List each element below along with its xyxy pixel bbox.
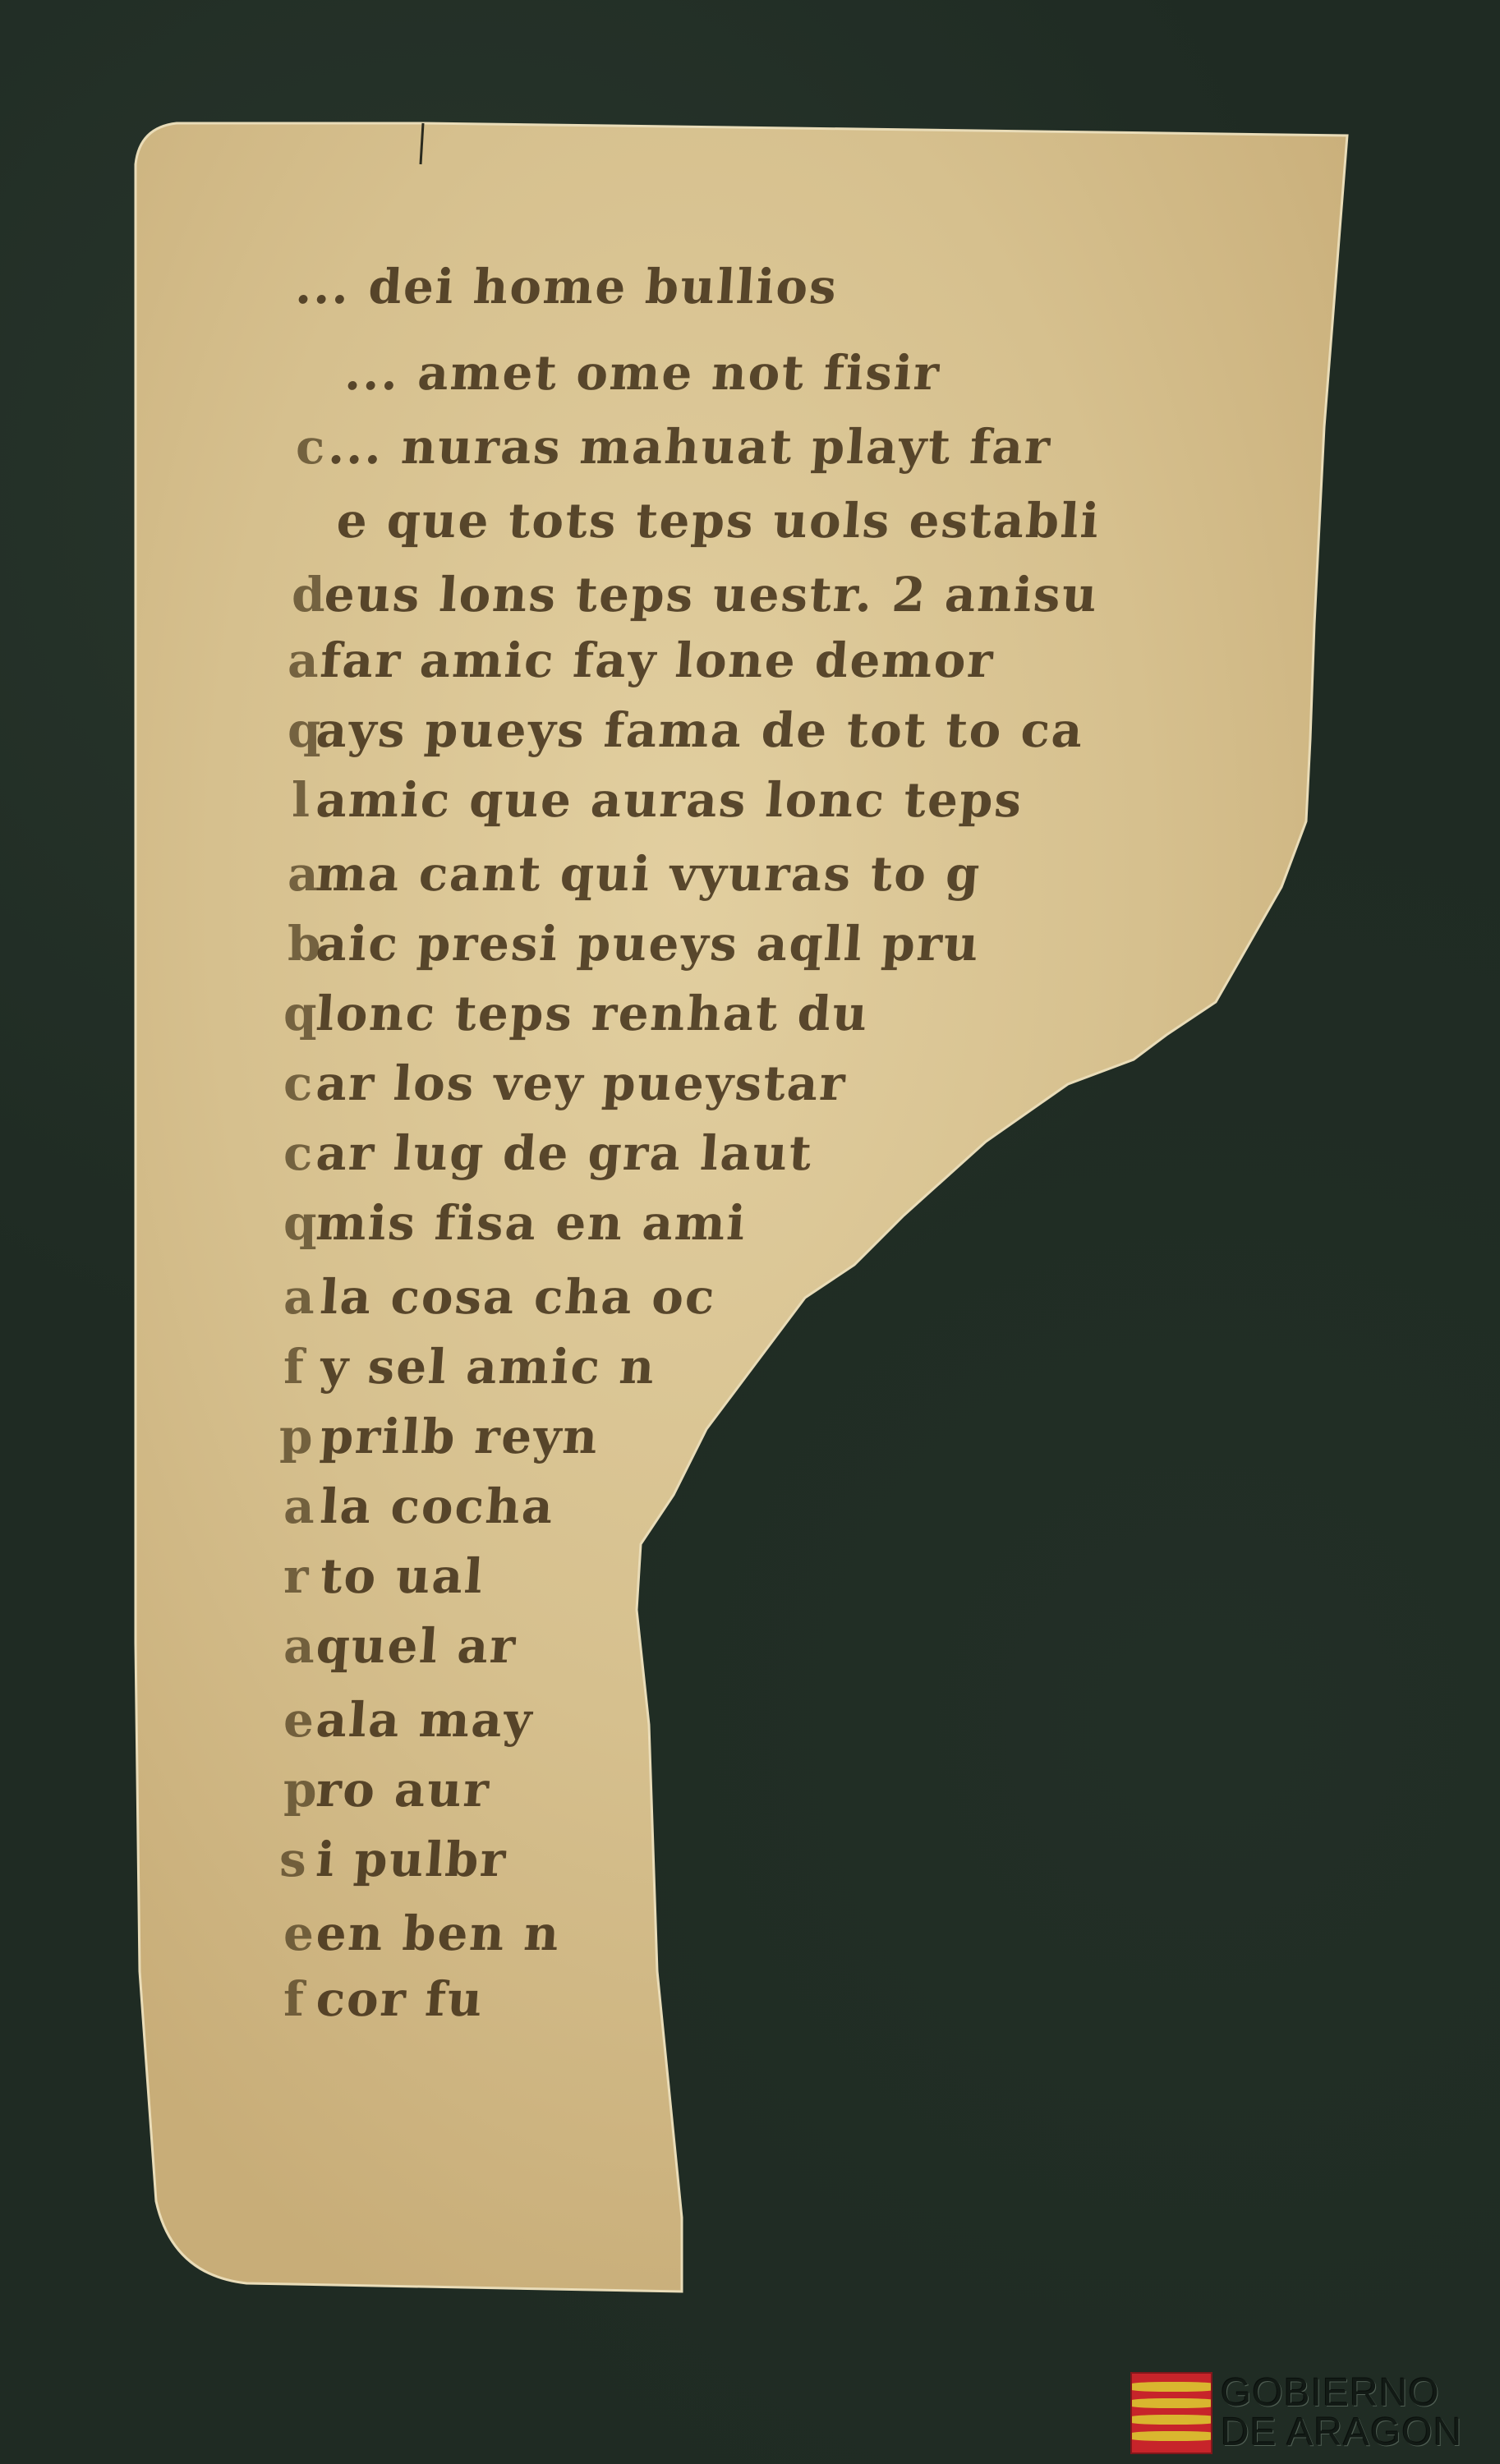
text-line: cor fu bbox=[315, 1971, 486, 2027]
margin-initial: q bbox=[283, 1195, 317, 1251]
text-line: quel ar bbox=[315, 1618, 519, 1674]
margin-initial: s bbox=[279, 1832, 306, 1887]
margin-initial: a bbox=[283, 1478, 315, 1534]
margin-initial: l bbox=[292, 772, 310, 828]
text-line: en ben n bbox=[315, 1905, 563, 1961]
text-line: mis fisa en ami bbox=[315, 1195, 749, 1251]
margin-initial: f bbox=[283, 1339, 304, 1395]
margin-initial: c bbox=[283, 1125, 312, 1181]
text-line: ... nuras mahuat playt far bbox=[327, 419, 1054, 475]
margin-initial: p bbox=[283, 1762, 317, 1818]
text-line: ... dei home bullios bbox=[294, 259, 840, 315]
text-line: la cocha bbox=[319, 1478, 557, 1534]
logo-line-2: DE ARAGON bbox=[1221, 2413, 1462, 2453]
text-line: ays pueys fama de tot to ca bbox=[315, 702, 1086, 758]
text-line: lonc teps renhat du bbox=[315, 986, 871, 1041]
aragon-flag-icon bbox=[1130, 2372, 1212, 2454]
margin-initial: q bbox=[283, 986, 317, 1041]
text-line: far amic fay lone demor bbox=[319, 632, 996, 688]
margin-initial: e bbox=[283, 1905, 314, 1961]
margin-initial: e bbox=[283, 1692, 314, 1748]
margin-initial: a bbox=[283, 1618, 315, 1674]
text-line: prilb reyn bbox=[319, 1409, 601, 1464]
margin-initial: a bbox=[288, 846, 319, 902]
text-line: amic que auras lonc teps bbox=[315, 772, 1025, 828]
text-line: eus lons teps uestr. 2 anisu bbox=[323, 567, 1101, 623]
text-line: aic presi pueys aqll pru bbox=[315, 916, 982, 972]
text-line: ar los vey pueystar bbox=[315, 1055, 849, 1111]
text-line: ma cant qui vyuras to g bbox=[315, 846, 983, 902]
margin-initial: q bbox=[288, 702, 321, 758]
margin-initial: a bbox=[288, 632, 319, 688]
logo-line-1: GOBIERNO bbox=[1221, 2374, 1462, 2413]
text-line: i pulbr bbox=[315, 1832, 509, 1887]
text-line: ... amet ome not fisir bbox=[343, 345, 943, 401]
logo-wordmark: GOBIERNO DE ARAGON bbox=[1221, 2374, 1462, 2453]
text-line: to ual bbox=[319, 1548, 486, 1604]
text-line: ala may bbox=[315, 1692, 536, 1748]
margin-initial: p bbox=[279, 1409, 313, 1464]
margin-initial: r bbox=[283, 1548, 309, 1604]
margin-initial: f bbox=[283, 1971, 304, 2027]
margin-initial: c bbox=[296, 419, 324, 475]
margin-initial: b bbox=[288, 916, 321, 972]
text-line: ro aur bbox=[315, 1762, 493, 1818]
gobierno-de-aragon-logo: GOBIERNO DE ARAGON bbox=[1130, 2372, 1462, 2454]
text-line: ar lug de gra laut bbox=[315, 1125, 815, 1181]
text-line: la cosa cha oc bbox=[319, 1269, 718, 1325]
text-line: e que tots teps uols establi bbox=[335, 493, 1102, 549]
margin-initial: a bbox=[283, 1269, 315, 1325]
margin-initial: c bbox=[283, 1055, 312, 1111]
margin-initial: d bbox=[292, 567, 325, 623]
text-line: y sel amic n bbox=[319, 1339, 658, 1395]
